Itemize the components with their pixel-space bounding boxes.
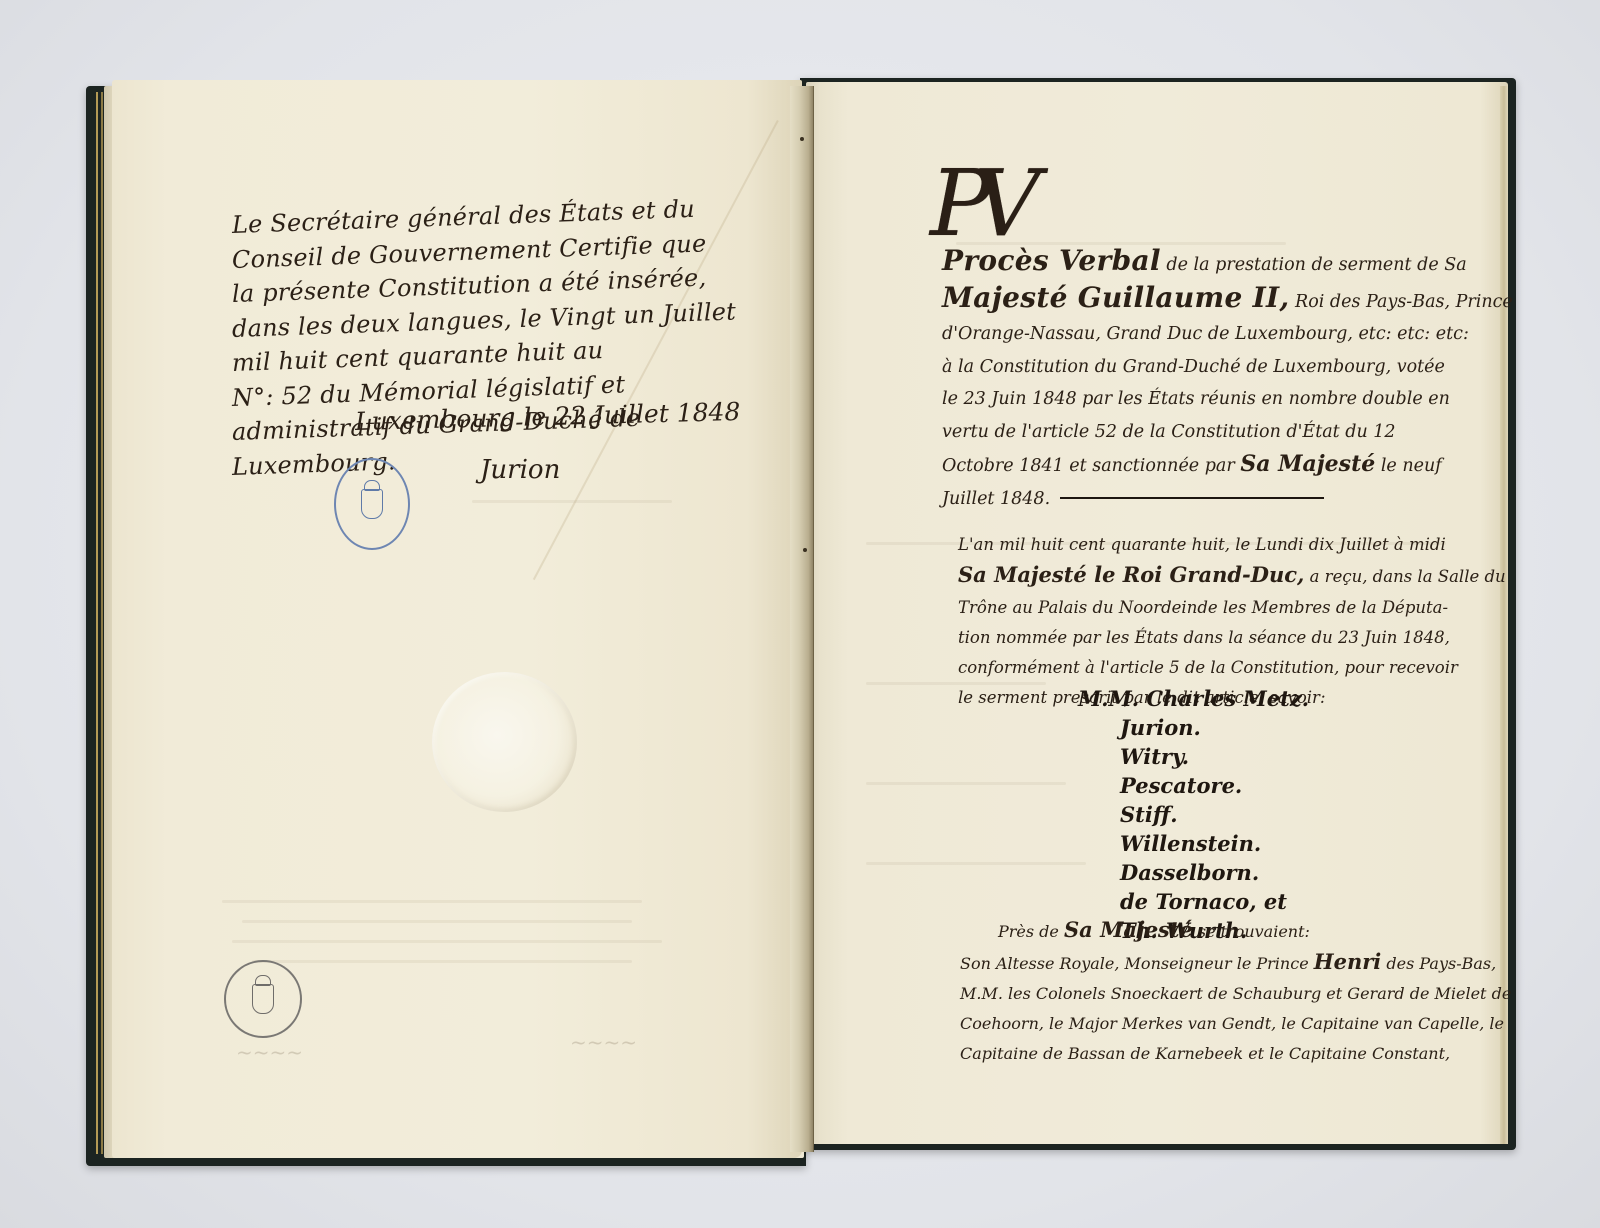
heading-text-span: Octobre 1841 et sanctionnée par bbox=[942, 456, 1235, 476]
title-proces-verbal: Procès Verbal bbox=[942, 244, 1161, 277]
gilt-tooling-line bbox=[96, 92, 98, 1154]
attendance-text-span: se trouvaient: bbox=[1198, 922, 1310, 941]
gilt-tooling-line bbox=[101, 92, 103, 1154]
title-line: Procès Verbal de la prestation de sermen… bbox=[942, 245, 1487, 282]
member-name: Stiff. bbox=[1120, 800, 1309, 829]
coat-of-arms-icon bbox=[361, 489, 383, 519]
deputation-members-list: M.M. Charles Metz. Jurion. Witry. Pescat… bbox=[1120, 684, 1309, 945]
member-name: Willenstein. bbox=[1120, 829, 1309, 858]
body-emphasis: Sa Majesté le Roi Grand-Duc, bbox=[958, 562, 1304, 587]
member-name: M.M. Charles Metz. bbox=[1078, 684, 1309, 713]
attendance-line: M.M. les Colonels Snoeckaert de Schaubur… bbox=[960, 979, 1508, 1009]
signature-jurion: Jurion bbox=[480, 455, 560, 485]
attendance-text-span: Près de bbox=[998, 922, 1059, 941]
title-rest: de la prestation de serment de Sa bbox=[1166, 255, 1466, 275]
body-line: L'an mil huit cent quarante huit, le Lun… bbox=[958, 530, 1498, 560]
spine-hole bbox=[800, 137, 804, 141]
secretariat-stamp bbox=[334, 458, 410, 550]
section-divider bbox=[1060, 497, 1324, 499]
heading-emphasis: Sa Majesté bbox=[1240, 451, 1375, 477]
heading-line: vertu de l'article 52 de la Constitution… bbox=[942, 416, 1487, 449]
attendance-paragraph: Près de Sa Majesté se trouvaient: Son Al… bbox=[978, 915, 1508, 1069]
body-line: tion nommée par les États dans la séance… bbox=[958, 623, 1498, 653]
heading-text-span: le neuf bbox=[1381, 456, 1442, 476]
heading-line: le 23 Juin 1848 par les États réunis en … bbox=[942, 383, 1487, 416]
certification-text: Le Secrétaire général des États et du Co… bbox=[232, 208, 772, 484]
attendance-line: Son Altesse Royale, Monseigneur le Princ… bbox=[960, 947, 1508, 979]
member-name: Pescatore. bbox=[1120, 771, 1309, 800]
member-name: Jurion. bbox=[1120, 713, 1309, 742]
attendance-text-span: Son Altesse Royale, Monseigneur le Princ… bbox=[960, 954, 1309, 973]
heading-line: d'Orange-Nassau, Grand Duc de Luxembourg… bbox=[942, 318, 1487, 351]
bleed-through-signature: ~~~~ bbox=[236, 1040, 303, 1064]
pv-monogram: PV bbox=[930, 158, 1022, 250]
coat-of-arms-icon bbox=[252, 984, 274, 1014]
bleed-through-signature: ~~~~ bbox=[570, 1030, 637, 1054]
archives-stamp bbox=[224, 960, 302, 1038]
heading-line: Majesté Guillaume II, Roi des Pays-Bas, … bbox=[942, 282, 1487, 319]
attendance-emphasis: Henri bbox=[1314, 949, 1382, 974]
attendance-text-span: des Pays-Bas, bbox=[1386, 954, 1496, 973]
member-name: Dasselborn. bbox=[1120, 858, 1309, 887]
attendance-emphasis: Sa Majesté bbox=[1064, 917, 1193, 942]
member-name: Witry. bbox=[1120, 742, 1309, 771]
body-line: Sa Majesté le Roi Grand-Duc, a reçu, dan… bbox=[958, 560, 1498, 592]
attendance-line: Coehoorn, le Major Merkes van Gendt, le … bbox=[960, 1009, 1508, 1039]
heading-line: à la Constitution du Grand-Duché de Luxe… bbox=[942, 351, 1487, 384]
spine-hole bbox=[803, 548, 807, 552]
body-line: Trône au Palais du Noordeinde les Membre… bbox=[958, 593, 1498, 623]
heading-text: Procès Verbal de la prestation de sermen… bbox=[942, 245, 1487, 515]
member-name: de Tornaco, et bbox=[1120, 887, 1309, 916]
heading-text-span: Roi des Pays-Bas, Prince bbox=[1295, 292, 1513, 312]
body-line: conformément à l'article 5 de la Constit… bbox=[958, 653, 1498, 683]
heading-emphasis: Majesté Guillaume II, bbox=[942, 281, 1289, 314]
body-text-span: a reçu, dans la Salle du bbox=[1310, 567, 1506, 586]
attendance-line: Capitaine de Bassan de Karnebeek et le C… bbox=[960, 1039, 1508, 1069]
heading-line: Octobre 1841 et sanctionnée par Sa Majes… bbox=[942, 448, 1487, 483]
embossed-seal bbox=[432, 672, 577, 812]
gutter-flap bbox=[790, 86, 814, 1152]
attendance-line: Près de Sa Majesté se trouvaient: bbox=[998, 915, 1508, 947]
